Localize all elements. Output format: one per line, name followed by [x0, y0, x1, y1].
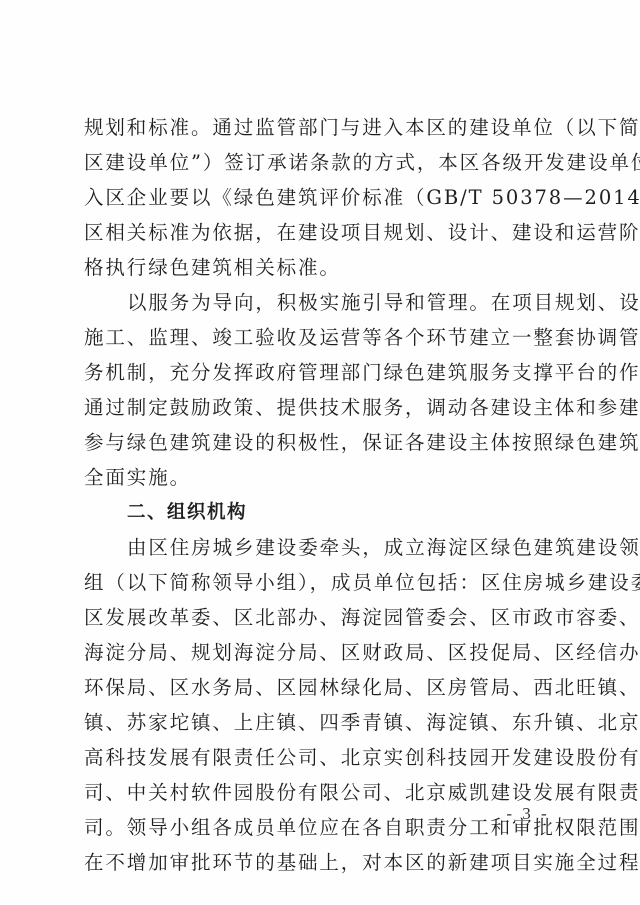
paragraph-2-line-6: 全面实施。 — [84, 467, 558, 502]
paragraph-2-line-4: 通过制定鼓励政策、提供技术服务，调动各建设主体和参建单位 — [84, 397, 558, 432]
paragraph-2-line-2: 施工、监理、竣工验收及运营等各个环节建立一整套协调管理服 — [84, 327, 558, 362]
paragraph-2-line-3: 务机制，充分发挥政府管理部门绿色建筑服务支撑平台的作用； — [84, 362, 558, 397]
paragraph-1-line-4: 区相关标准为依据，在建设项目规划、设计、建设和运营阶段严 — [84, 222, 558, 257]
paragraph-3-line-2: 组（以下简称领导小组），成员单位包括：区住房城乡建设委、 — [84, 572, 558, 607]
paragraph-1-line-3: 入区企业要以《绿色建筑评价标准（GB/T 50378—2014）》和市 — [84, 187, 558, 222]
section-heading: 二、组织机构 — [84, 502, 558, 537]
paragraph-3-line-10: 在不增加审批环节的基础上，对本区的新建项目实施全过程监督、 — [84, 852, 558, 887]
paragraph-3-line-5: 环保局、区水务局、区园林绿化局、区房管局、西北旺镇、温泉 — [84, 677, 558, 712]
paragraph-3-line-6: 镇、苏家坨镇、上庄镇、四季青镇、海淀镇、东升镇、北京实创 — [84, 712, 558, 747]
paragraph-2-line-1: 以服务为导向，积极实施引导和管理。在项目规划、设计、 — [84, 292, 558, 327]
page-number: - 3 - — [498, 804, 558, 824]
document-body: 规划和标准。通过监管部门与进入本区的建设单位（以下简称“入 区建设单位”）签订承… — [84, 117, 558, 887]
paragraph-3-line-3: 区发展改革委、区北部办、海淀园管委会、区市政市容委、国土 — [84, 607, 558, 642]
paragraph-1-line-1: 规划和标准。通过监管部门与进入本区的建设单位（以下简称“入 — [84, 117, 558, 152]
paragraph-2-line-5: 参与绿色建筑建设的积极性，保证各建设主体按照绿色建筑规划 — [84, 432, 558, 467]
paragraph-3-line-4: 海淀分局、规划海淀分局、区财政局、区投促局、区经信办、区 — [84, 642, 558, 677]
paragraph-3-line-7: 高科技发展有限责任公司、北京实创科技园开发建设股份有限公 — [84, 747, 558, 782]
paragraph-3-line-8: 司、中关村软件园股份有限公司、北京威凯建设发展有限责任公 — [84, 782, 558, 817]
document-page: 规划和标准。通过监管部门与进入本区的建设单位（以下简称“入 区建设单位”）签订承… — [0, 0, 640, 905]
paragraph-1-line-5: 格执行绿色建筑相关标准。 — [84, 257, 558, 292]
paragraph-3-line-1: 由区住房城乡建设委牵头，成立海淀区绿色建筑建设领导小 — [84, 537, 558, 572]
paragraph-3-line-9: 司。领导小组各成员单位应在各自职责分工和审批权限范围内， — [84, 817, 558, 852]
paragraph-1-line-2: 区建设单位”）签订承诺条款的方式，本区各级开发建设单位、 — [84, 152, 558, 187]
